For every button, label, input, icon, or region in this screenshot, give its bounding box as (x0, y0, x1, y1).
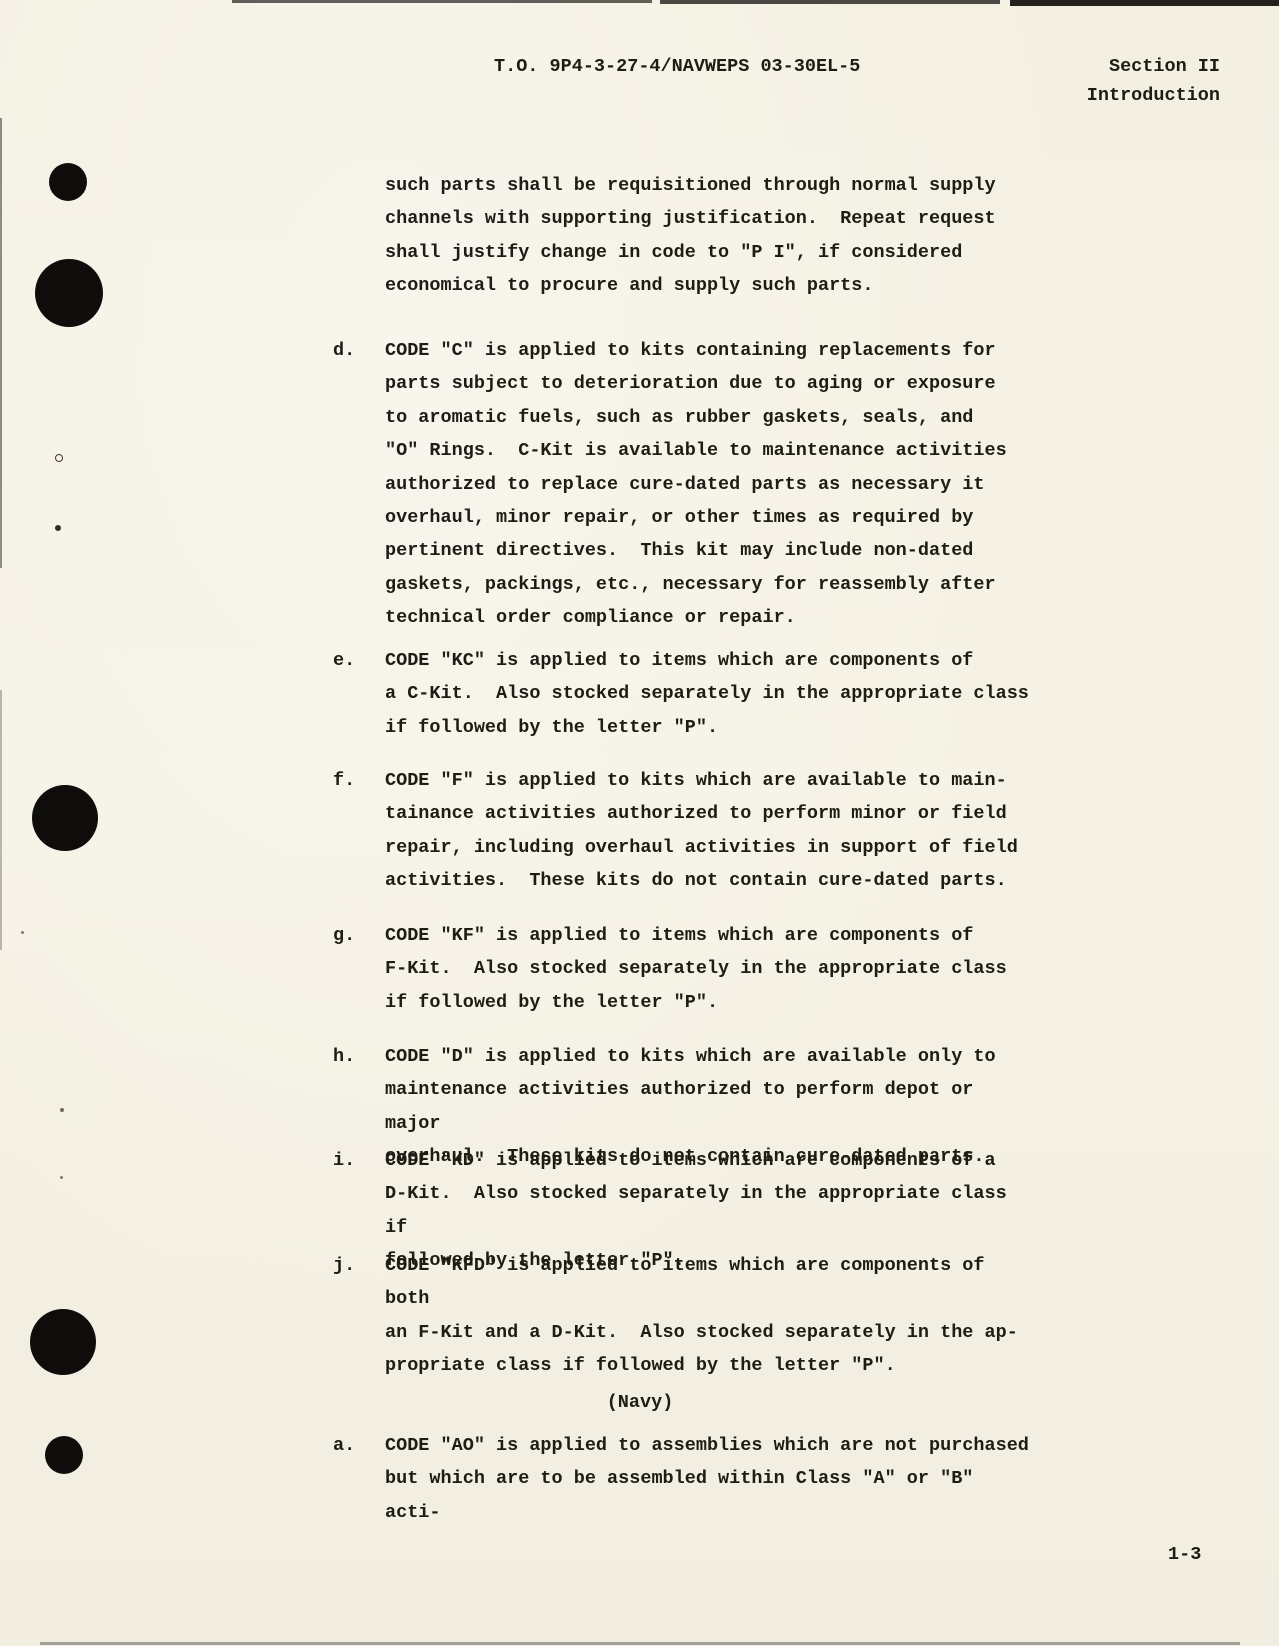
scan-speck (60, 1108, 64, 1112)
code-item-j: j. CODE "KFD" is applied to items which … (333, 1249, 1033, 1383)
technical-order-number: T.O. 9P4-3-27-4/NAVWEPS 03-30EL-5 (494, 50, 1014, 83)
item-text: CODE "KF" is applied to items which are … (385, 919, 1033, 1019)
punch-mark (30, 1309, 96, 1375)
code-item-f: f. CODE "F" is applied to kits which are… (333, 764, 1033, 898)
scan-speck (21, 931, 24, 934)
item-text: CODE "AO" is applied to assemblies which… (385, 1429, 1033, 1529)
document-page: T.O. 9P4-3-27-4/NAVWEPS 03-30EL-5 Sectio… (0, 0, 1279, 1646)
code-item-e: e. CODE "KC" is applied to items which a… (333, 644, 1033, 744)
continuation-paragraph: such parts shall be requisitioned throug… (385, 169, 1035, 303)
scan-speck (55, 525, 61, 531)
punch-mark (45, 1436, 83, 1474)
code-item-g: g. CODE "KF" is applied to items which a… (333, 919, 1033, 1019)
section-header: Section II Introduction (1000, 50, 1220, 113)
punch-mark (49, 163, 87, 201)
item-label: f. (333, 764, 385, 898)
scan-edge-artifact (40, 1642, 1240, 1645)
punch-mark (32, 785, 98, 851)
scan-edge-artifact (1010, 0, 1279, 6)
scan-edge-artifact (0, 690, 2, 950)
item-label: j. (333, 1249, 385, 1383)
item-label: e. (333, 644, 385, 744)
navy-code-item-a: a. CODE "AO" is applied to assemblies wh… (333, 1429, 1033, 1529)
item-label: g. (333, 919, 385, 1019)
scan-edge-artifact (232, 0, 652, 3)
item-label: d. (333, 334, 385, 635)
item-text: CODE "KC" is applied to items which are … (385, 644, 1033, 744)
section-subtitle: Introduction (1000, 79, 1220, 112)
item-text: CODE "KFD" is applied to items which are… (385, 1249, 1033, 1383)
item-text: CODE "F" is applied to kits which are av… (385, 764, 1033, 898)
scan-speck (60, 1176, 63, 1179)
scan-edge-artifact (0, 118, 2, 568)
page-number: 1-3 (1168, 1538, 1201, 1571)
scan-edge-artifact (660, 0, 1000, 4)
section-title: Section II (1000, 50, 1220, 83)
item-text: CODE "C" is applied to kits containing r… (385, 334, 1033, 635)
item-label: a. (333, 1429, 385, 1529)
code-item-d: d. CODE "C" is applied to kits containin… (333, 334, 1033, 635)
scan-speck (55, 454, 63, 462)
navy-subsection-heading: (Navy) (420, 1386, 860, 1419)
punch-mark (35, 259, 103, 327)
